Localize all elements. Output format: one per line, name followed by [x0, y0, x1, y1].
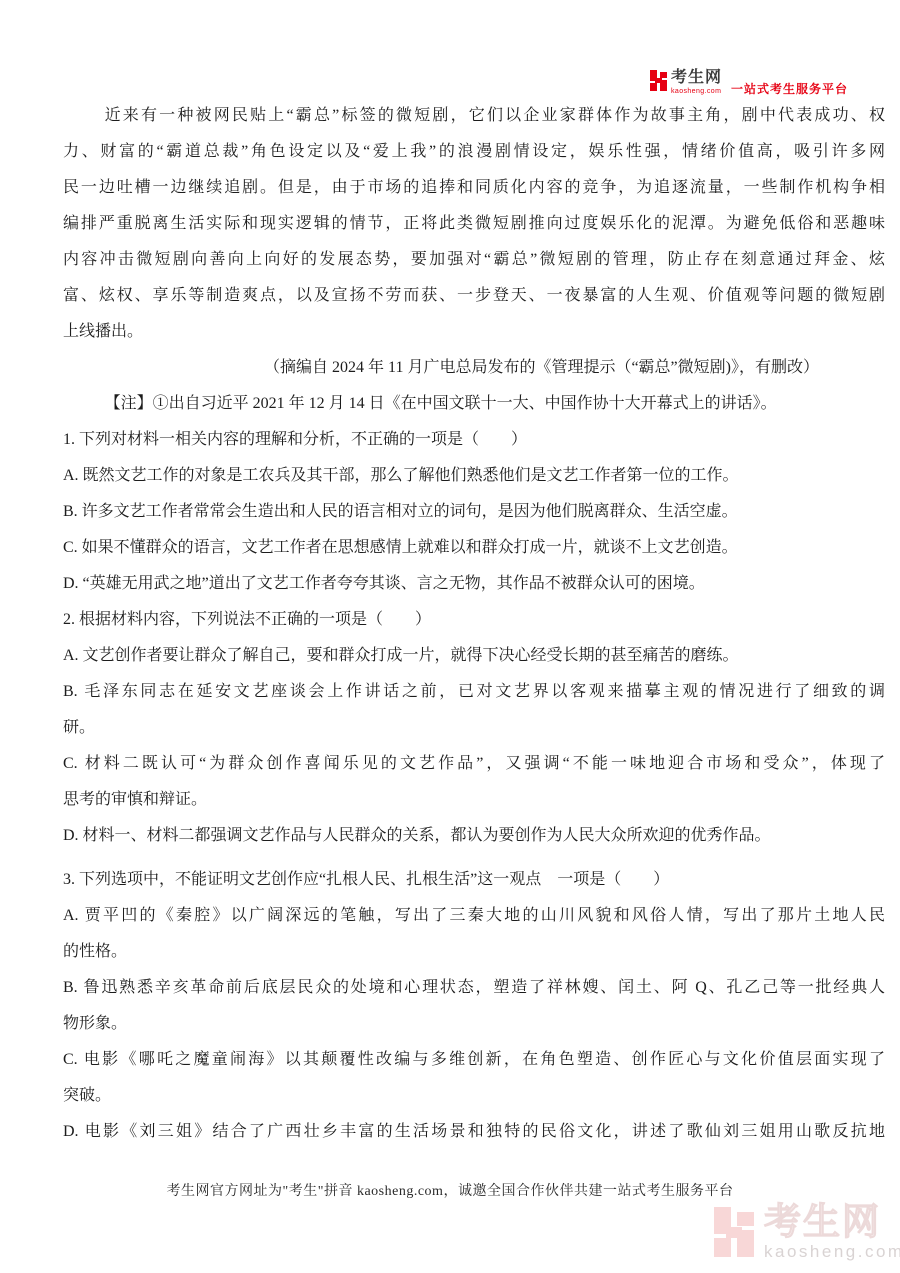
kaosheng-watermark: 考生网 kaosheng.com	[714, 1203, 900, 1260]
brand-name: 考生网	[671, 70, 722, 86]
q1-option-a: A. 既然文艺工作的对象是工农兵及其干部，那么了解他们熟悉他们是文艺工作者第一位…	[63, 458, 885, 494]
q2-option-c-line-1: C. 材料二既认可“为群众创作喜闻乐见的文艺作品”，又强调“不能一味地迎合市场和…	[63, 746, 885, 782]
note-line: 【注】①出自习近平 2021 年 12 月 14 日《在中国文联十一大、中国作协…	[63, 386, 885, 422]
q2-option-c-line-2: 思考的审慎和辩证。	[63, 782, 885, 818]
q3-option-a-line-1: A. 贾平凹的《秦腔》以广阔深远的笔触，写出了三秦大地的山川风貌和风俗人情，写出…	[63, 898, 885, 934]
material-paragraph-line-1: 近来有一种被网民贴上“霸总”标签的微短剧，它们以企业家群体作为故事主角，剧中代表…	[63, 98, 885, 134]
footer-note: 考生网官方网址为"考生"拼音 kaosheng.com，诚邀全国合作伙伴共建一站…	[0, 1180, 900, 1200]
question-1: 1. 下列对材料一相关内容的理解和分析，不正确的一项是（ ）	[63, 422, 885, 458]
brand-domain: kaosheng.com	[671, 88, 722, 95]
q2-option-d: D. 材料一、材料二都强调文艺作品与人民群众的关系，都认为要创作为人民大众所欢迎…	[63, 818, 885, 854]
watermark-text-block: 考生网 kaosheng.com	[764, 1203, 900, 1260]
q1-option-d: D. “英雄无用武之地”道出了文艺工作者夸夸其谈、言之无物，其作品不被群众认可的…	[63, 566, 885, 602]
kaosheng-h-icon	[650, 70, 667, 91]
material-paragraph-line-7: 上线播出。	[63, 314, 885, 350]
question-2: 2. 根据材料内容，下列说法不正确的一项是（ ）	[63, 602, 885, 638]
brand-tagline: 一站式考生服务平台	[731, 80, 848, 97]
q2-option-a: A. 文艺创作者要让群众了解自己，要和群众打成一片，就得下决心经受长期的甚至痛苦…	[63, 638, 885, 674]
watermark-brand: 考生网	[764, 1203, 900, 1240]
q1-option-c: C. 如果不懂群众的语言，文艺工作者在思想感情上就难以和群众打成一片，就谈不上文…	[63, 530, 885, 566]
material-paragraph-line-4: 编排严重脱离生活实际和现实逻辑的情节，正将此类微短剧推向过度娱乐化的泥潭。为避免…	[63, 206, 885, 242]
q3-option-b-line-2: 物形象。	[63, 1006, 885, 1042]
q1-option-b: B. 许多文艺工作者常常会生造出和人民的语言相对立的词句，是因为他们脱离群众、生…	[63, 494, 885, 530]
q3-option-d-line-1: D. 电影《刘三姐》结合了广西壮乡丰富的生活场景和独特的民俗文化，讲述了歌仙刘三…	[63, 1114, 885, 1150]
material-paragraph-line-2: 力、财富的“霸道总裁”角色设定以及“爱上我”的浪漫剧情设定，娱乐性强，情绪价值高…	[63, 134, 885, 170]
q3-option-b-line-1: B. 鲁迅熟悉辛亥革命前后底层民众的处境和心理状态，塑造了祥林嫂、闰土、阿 Q、…	[63, 970, 885, 1006]
question-3: 3. 下列选项中，不能证明文艺创作应“扎根人民、扎根生活”这一观点 一项是（ ）	[63, 862, 885, 898]
material-paragraph-line-3: 民一边吐槽一边继续追剧。但是，由于市场的追捧和同质化内容的竞争，为追逐流量，一些…	[63, 170, 885, 206]
watermark-domain: kaosheng.com	[764, 1243, 900, 1260]
q2-option-b-line-2: 研。	[63, 710, 885, 746]
q2-option-b-line-1: B. 毛泽东同志在延安文艺座谈会上作讲话之前，已对文艺界以客观来描摹主观的情况进…	[63, 674, 885, 710]
kaosheng-logo: 考生网 kaosheng.com 一站式考生服务平台	[650, 70, 848, 97]
document-body: 近来有一种被网民贴上“霸总”标签的微短剧，它们以企业家群体作为故事主角，剧中代表…	[63, 98, 885, 1150]
kaosheng-h-icon-watermark	[714, 1207, 754, 1257]
q3-option-a-line-2: 的性格。	[63, 934, 885, 970]
brand-text-block: 考生网 kaosheng.com	[671, 70, 722, 95]
material-paragraph-line-6: 富、炫权、享乐等制造爽点，以及宣扬不劳而获、一步登天、一夜暴富的人生观、价值观等…	[63, 278, 885, 314]
q3-option-c-line-1: C. 电影《哪吒之魔童闹海》以其颠覆性改编与多维创新，在角色塑造、创作匠心与文化…	[63, 1042, 885, 1078]
source-attribution: （摘编自 2024 年 11 月广电总局发布的《管理提示（“霸总”微短剧)》，有…	[63, 350, 885, 386]
exam-page: 考生网 kaosheng.com 一站式考生服务平台 近来有一种被网民贴上“霸总…	[0, 0, 900, 1273]
material-paragraph-line-5: 内容冲击微短剧向善向上向好的发展态势，要加强对“霸总”微短剧的管理，防止存在刻意…	[63, 242, 885, 278]
q3-option-c-line-2: 突破。	[63, 1078, 885, 1114]
